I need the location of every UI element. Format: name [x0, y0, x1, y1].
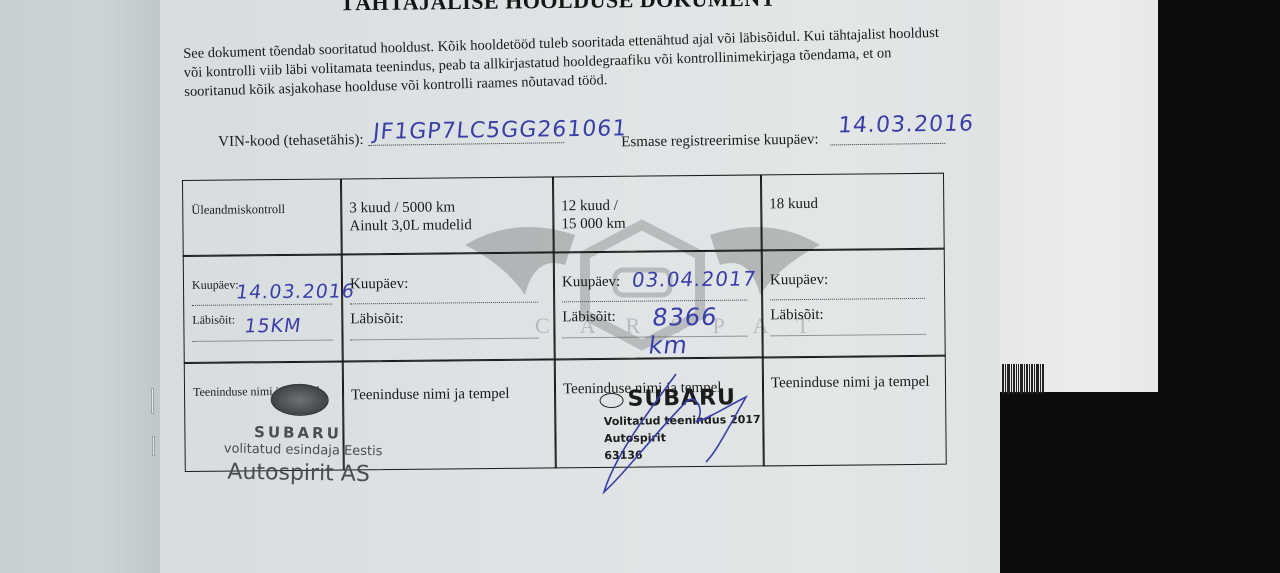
- date-mileage-cell-3: Kuupäev: 03.04.2017 Läbisõit: 8366 km: [553, 249, 764, 360]
- header-cell-2: 3 kuud / 5000 km Ainult 3,0L mudelid: [340, 176, 555, 255]
- stamp-brand: SUBARU: [627, 385, 736, 412]
- vin-value: JF1GP7LC5GG261061: [372, 116, 628, 145]
- stamp-brand: SUBARU: [254, 423, 342, 443]
- dealer-stamp-autospirit-as: SUBARU volitatud esindaja Eestis Autospi…: [223, 383, 395, 496]
- stamp-line: volitatud esindaja Eestis: [224, 442, 383, 460]
- header-line-1: 12 kuud /: [561, 197, 625, 216]
- stamp-line: 63136: [604, 449, 642, 463]
- date-label: Kuupäev:: [770, 272, 828, 290]
- staple: [151, 388, 154, 414]
- date-label: Kuupäev:: [562, 274, 620, 292]
- stamp-line: Autospirit: [604, 431, 666, 445]
- column-header: 12 kuud / 15 000 km: [561, 197, 626, 234]
- staple: [152, 436, 155, 456]
- barcode: [1002, 364, 1044, 394]
- stamp-line: Volitatud teenindus 2017: [604, 413, 761, 428]
- mileage-label: Läbisõit:: [192, 312, 235, 327]
- column-header: 3 kuud / 5000 km Ainult 3,0L mudelid: [349, 198, 472, 235]
- service-stamp-autospirit: SUBARU Volitatud teenindus 2017 Autospir…: [599, 385, 770, 477]
- header-line-1: 18 kuud: [769, 196, 818, 212]
- header-cell-1: Üleandmiskontroll: [182, 178, 343, 257]
- stamp-line: Autospirit AS: [227, 460, 370, 487]
- header-line-2: Ainult 3,0L mudelid: [349, 216, 472, 235]
- date-mileage-cell-1: Kuupäev: 14.03.2016 Läbisõit: 15KM: [183, 253, 344, 364]
- date-dotted-line: [562, 299, 747, 303]
- date-dotted-line: [770, 297, 925, 300]
- subaru-logo-icon: [599, 393, 623, 408]
- mileage-value: 15KM: [243, 315, 303, 338]
- date-label: Kuupäev:: [350, 276, 408, 294]
- mileage-dotted-line: [771, 333, 926, 336]
- header-line-1: Üleandmiskontroll: [191, 202, 285, 217]
- mileage-label: Läbisõit:: [770, 307, 823, 325]
- mileage-dotted-line: [193, 339, 333, 342]
- header-cell-4: 18 kuud: [760, 173, 945, 252]
- mileage-value: 8366 km: [647, 302, 766, 359]
- left-blank-page: [0, 0, 168, 573]
- header-cell-3: 12 kuud / 15 000 km: [552, 174, 763, 253]
- mileage-label: Läbisõit:: [562, 309, 615, 327]
- date-label: Kuupäev:: [192, 277, 239, 292]
- header-line-1: 3 kuud / 5000 km: [349, 198, 472, 217]
- mileage-dotted-line: [351, 337, 539, 341]
- back-cover: [998, 0, 1158, 392]
- registration-date-label: Esmase registreerimise kuupäev:: [621, 132, 819, 152]
- date-dotted-line: [350, 301, 538, 305]
- column-header: Üleandmiskontroll: [191, 200, 285, 219]
- service-cell-4: Teeninduse nimi ja tempel: [762, 355, 947, 467]
- registration-date-value: 14.03.2016: [837, 111, 975, 138]
- column-header: 18 kuud: [769, 195, 818, 213]
- vin-label: VIN-kood (tehasetähis):: [218, 132, 364, 151]
- header-line-2: 15 000 km: [561, 215, 625, 234]
- photo-scene: TÄHTAJALISE HOOLDUSE DOKUMENT See dokume…: [0, 0, 1280, 573]
- mileage-label: Läbisõit:: [350, 311, 403, 329]
- service-label: Teeninduse nimi ja tempel: [771, 374, 930, 393]
- date-value: 03.04.2017: [630, 266, 758, 291]
- date-mileage-cell-2: Kuupäev: Läbisõit:: [341, 251, 556, 362]
- date-mileage-cell-4: Kuupäev: Läbisõit:: [761, 248, 946, 359]
- date-value: 14.03.2016: [235, 280, 357, 303]
- subaru-logo-icon: [270, 383, 329, 416]
